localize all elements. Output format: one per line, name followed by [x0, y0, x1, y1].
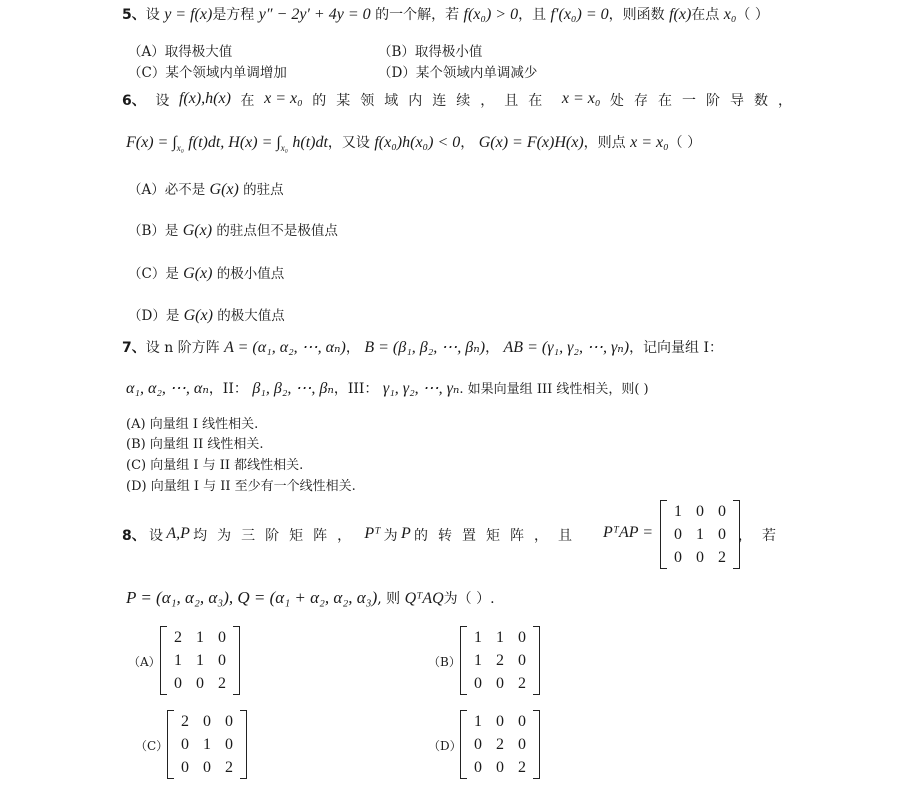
cell: 2	[167, 626, 189, 649]
cell: 0	[174, 733, 196, 756]
cell: 1	[167, 649, 189, 672]
option-text: 某个领域内单调增加	[165, 65, 287, 81]
q6-option-c: （C）是 G(x) 的极小值点	[128, 262, 284, 283]
cell: 1	[689, 523, 711, 546]
math: PᵀAP =	[603, 524, 653, 541]
cell: 0	[689, 500, 711, 523]
q5-option-d: （D）某个领域内单调减少	[378, 61, 537, 81]
q8-option-a-matrix: 210 110 002	[160, 626, 240, 695]
text: 的驻点	[243, 182, 284, 198]
text: 处存在一阶导数，	[610, 90, 802, 110]
math: f(x₀) > 0	[464, 6, 519, 23]
q6-option-b: （B）是 G(x) 的驻点但不是极值点	[128, 219, 338, 240]
cell: 1	[196, 733, 218, 756]
math: f′(x₀) = 0	[551, 6, 609, 23]
cell: 0	[218, 710, 240, 733]
question-8-stem-line2: P = (α₁, α₂, α₃), Q = (α₁ + α₂, α₂, α₃),…	[126, 588, 495, 608]
option-text: 某个领域内单调减少	[416, 65, 538, 81]
q8-option-c-label: （C）	[135, 737, 168, 754]
option-label: （A）	[128, 182, 165, 198]
cell: 2	[511, 672, 533, 695]
question-7-stem-line1: 7、设 n 阶方阵 A = (α₁, α₂, ⋯, αₙ)， B = (β₁, …	[122, 337, 723, 357]
q8-option-d-matrix: 100 020 002	[460, 710, 540, 779]
text: 为	[384, 525, 398, 545]
question-6-stem-line2: F(x) = ∫x₀ f(t)dt, H(x) = ∫x₀ h(t)dt，又设 …	[126, 132, 701, 153]
text: ，又设	[328, 135, 370, 151]
text: ，II：	[209, 381, 248, 397]
text: 是	[165, 266, 179, 282]
text: 的一个解，若	[375, 7, 459, 23]
option-label: （C）	[128, 65, 165, 81]
right-bracket	[233, 626, 240, 695]
text: 设	[146, 7, 160, 23]
cell: 0	[489, 672, 511, 695]
q5-option-b: （B）取得极小值	[378, 40, 482, 60]
cell: 2	[711, 546, 733, 569]
cell: 0	[511, 626, 533, 649]
math: B = (β₁, β₂, ⋯, βₙ)	[364, 339, 485, 356]
text: . 如果向量组 III 线性相关，则( )	[459, 382, 648, 397]
left-bracket	[460, 626, 467, 695]
text: ，记向量组 I：	[629, 340, 723, 356]
math: G(x)	[183, 222, 212, 239]
matrix-table: 100 010 002	[667, 500, 733, 569]
math: F(x) = ∫	[126, 134, 177, 151]
matrix-table: 210 110 002	[167, 626, 233, 695]
math: A = (α₁, α₂, ⋯, αₙ)	[224, 339, 346, 356]
cell: 0	[218, 733, 240, 756]
text: 均为三阶矩阵，	[193, 525, 361, 545]
text: 是	[166, 308, 180, 324]
cell: 2	[511, 756, 533, 779]
q8-option-a-label: （A）	[128, 653, 161, 670]
q8-option-d-label: （D）	[428, 737, 462, 754]
cell: 0	[174, 756, 196, 779]
math: y = f(x)	[164, 6, 212, 23]
option-text: 取得极大值	[165, 44, 233, 60]
cell: 0	[196, 710, 218, 733]
cell: 0	[211, 626, 233, 649]
left-bracket	[167, 710, 174, 779]
math: f(t)dt, H(x) = ∫	[188, 134, 280, 151]
math: G(x) = F(x)H(x)	[479, 134, 584, 151]
integral-limit: x₀	[281, 143, 288, 153]
math: QᵀAQ	[405, 590, 444, 607]
text: 在	[241, 90, 255, 110]
right-bracket	[533, 626, 540, 695]
cell: 2	[211, 672, 233, 695]
cell: 0	[711, 523, 733, 546]
cell: 1	[189, 626, 211, 649]
math: f(x₀)h(x₀) < 0	[374, 134, 460, 151]
option-label: （D）	[378, 65, 416, 81]
cell: 2	[489, 649, 511, 672]
math: α₁, α₂, ⋯, αₙ	[126, 380, 209, 397]
text: 必不是	[165, 182, 206, 198]
option-label: (B)	[126, 437, 146, 452]
text: 的某领域内连续，且在	[312, 90, 552, 110]
math: AB = (γ₁, γ₂, ⋯, γₙ)	[504, 339, 630, 356]
math: G(x)	[210, 181, 239, 198]
text: 在点	[691, 7, 719, 23]
cell: 0	[467, 756, 489, 779]
text: （ ）	[736, 7, 768, 23]
q8-option-b-matrix: 110 120 002	[460, 626, 540, 695]
math: Pᵀ	[364, 525, 380, 545]
math: f(x),h(x)	[179, 90, 231, 110]
text: 是	[165, 223, 179, 239]
question-6-stem-line1: 6、 设 f(x),h(x) 在 x = x₀ 的某领域内连续，且在 x = x…	[122, 90, 802, 110]
matrix-table: 200 010 002	[174, 710, 240, 779]
option-label: （D）	[128, 308, 166, 324]
option-text: 向量组 II 线性相关.	[150, 437, 264, 452]
cell: 0	[689, 546, 711, 569]
question-5-stem: 5、设 y = f(x)是方程 y″ − 2y′ + 4y = 0 的一个解，若…	[122, 4, 769, 24]
cell: 2	[218, 756, 240, 779]
cell: 0	[489, 756, 511, 779]
q8-stem-ending: ，若	[738, 525, 786, 545]
cell: 1	[467, 710, 489, 733]
cell: 0	[667, 523, 689, 546]
option-text: 向量组 I 线性相关.	[150, 417, 259, 432]
option-text: 向量组 I 与 II 都线性相关.	[150, 458, 303, 473]
cell: 0	[211, 649, 233, 672]
math: G(x)	[183, 265, 212, 282]
text: ，则点	[584, 135, 626, 151]
text: ，	[346, 340, 360, 356]
option-text: 取得极小值	[415, 44, 483, 60]
q8-product-label: PᵀAP =	[603, 524, 653, 542]
math: A,P	[166, 525, 190, 545]
cell: 0	[189, 672, 211, 695]
text: 是方程	[212, 7, 254, 23]
cell: 0	[511, 733, 533, 756]
math: P	[401, 525, 411, 545]
math: x = x₀	[630, 134, 669, 151]
option-label: (C)	[126, 458, 146, 473]
math: h(t)dt	[292, 134, 328, 151]
left-bracket	[160, 626, 167, 695]
q7-option-d: (D) 向量组 I 与 II 至少有一个线性相关.	[126, 475, 356, 494]
question-number: 6、	[122, 90, 146, 110]
cell: 0	[489, 710, 511, 733]
cell: 0	[511, 710, 533, 733]
q7-option-c: (C) 向量组 I 与 II 都线性相关.	[126, 454, 303, 473]
math: f(x)	[669, 6, 691, 23]
q8-option-c-matrix: 200 010 002	[167, 710, 247, 779]
text: ，且	[518, 7, 546, 23]
option-label: （A）	[128, 44, 165, 60]
cell: 1	[467, 626, 489, 649]
math: G(x)	[184, 307, 213, 324]
q8-option-b-label: （B）	[428, 653, 461, 670]
q6-option-d: （D）是 G(x) 的极大值点	[128, 304, 285, 325]
text: , 则	[377, 591, 400, 607]
text: （ ）	[669, 135, 701, 151]
q5-option-a: （A）取得极大值	[128, 40, 232, 60]
cell: 1	[467, 649, 489, 672]
text: ，则函数	[609, 7, 665, 23]
text: 设	[149, 525, 163, 545]
cell: 0	[667, 546, 689, 569]
integral-limit: x₀	[177, 143, 184, 153]
math: y″ − 2y′ + 4y = 0	[259, 6, 371, 23]
text: ，若	[738, 528, 786, 544]
text: 设	[155, 90, 169, 110]
cell: 2	[174, 710, 196, 733]
cell: 0	[711, 500, 733, 523]
cell: 1	[667, 500, 689, 523]
math: x = x₀	[562, 90, 601, 110]
right-bracket	[533, 710, 540, 779]
cell: 0	[467, 733, 489, 756]
q6-option-a: （A）必不是 G(x) 的驻点	[128, 178, 284, 199]
question-number: 8、	[122, 525, 146, 545]
math: x = x₀	[264, 90, 303, 110]
question-number: 7、	[122, 340, 146, 356]
math: P = (α₁, α₂, α₃), Q = (α₁ + α₂, α₂, α₃)	[126, 588, 377, 607]
text: 设 n 阶方阵	[146, 340, 220, 356]
q5-option-c: （C）某个领域内单调增加	[128, 61, 287, 81]
option-label: (D)	[126, 479, 147, 494]
text: 的极小值点	[217, 266, 285, 282]
text: ，III：	[334, 381, 379, 397]
right-bracket	[240, 710, 247, 779]
left-bracket	[660, 500, 667, 569]
matrix-table: 110 120 002	[467, 626, 533, 695]
cell: 0	[467, 672, 489, 695]
given-matrix: 100 010 002	[660, 500, 740, 569]
option-label: （B）	[378, 44, 415, 60]
math: x₀	[724, 6, 737, 23]
cell: 1	[489, 626, 511, 649]
matrix-table: 100 020 002	[467, 710, 533, 779]
question-8-stem-line1: 8、 设 A,P 均为三阶矩阵， Pᵀ 为 P 的转置矩阵，且	[122, 525, 582, 545]
text: 为（ ）.	[444, 591, 495, 607]
option-label: （C）	[128, 266, 165, 282]
math: β₁, β₂, ⋯, βₙ	[252, 380, 334, 397]
q7-option-a: (A) 向量组 I 线性相关.	[126, 413, 258, 432]
text: 的极大值点	[217, 308, 285, 324]
cell: 0	[511, 649, 533, 672]
text: 的转置矩阵，且	[414, 525, 582, 545]
text: 的驻点但不是极值点	[216, 223, 338, 239]
cell: 0	[167, 672, 189, 695]
question-number: 5、	[122, 7, 146, 23]
cell: 1	[189, 649, 211, 672]
option-text: 向量组 I 与 II 至少有一个线性相关.	[151, 479, 356, 494]
cell: 0	[196, 756, 218, 779]
text: ，	[485, 340, 499, 356]
option-label: (A)	[126, 417, 146, 432]
left-bracket	[460, 710, 467, 779]
math: γ₁, γ₂, ⋯, γₙ	[383, 380, 460, 397]
question-7-stem-line2: α₁, α₂, ⋯, αₙ，II： β₁, β₂, ⋯, βₙ，III： γ₁,…	[126, 378, 649, 398]
cell: 2	[489, 733, 511, 756]
q7-option-b: (B) 向量组 II 线性相关.	[126, 433, 264, 452]
option-label: （B）	[128, 223, 165, 239]
text: ，	[460, 135, 474, 151]
